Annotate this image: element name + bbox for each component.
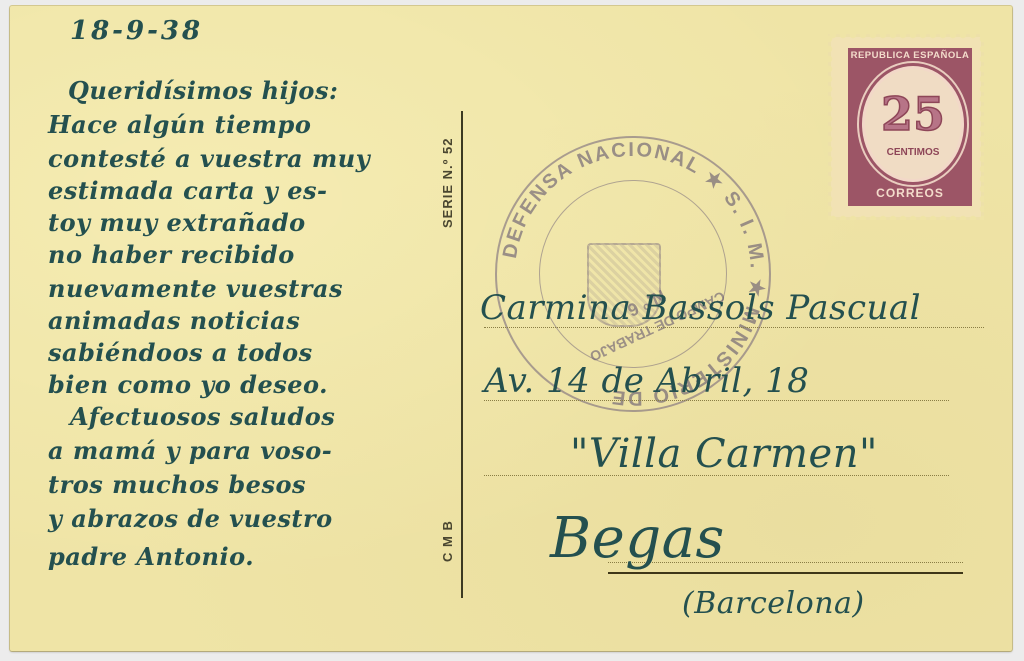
letter-line: contesté a vuestra muy <box>48 144 370 173</box>
letter-line: sabiéndoos a todos <box>48 338 313 367</box>
letter-line: Hace algún tiempo <box>48 110 311 139</box>
recipient-province: (Barcelona) <box>682 586 865 621</box>
letter-line: Queridísimos hijos: <box>68 76 338 105</box>
letter-signature: padre Antonio. <box>48 542 254 571</box>
recipient-villa: "Villa Carmen" <box>570 431 878 477</box>
letter-line: estimada carta y es- <box>48 176 327 205</box>
letter-line: nuevamente vuestras <box>48 274 343 303</box>
letter-body: Queridísimos hijos: Hace algún tiempo co… <box>48 76 458 636</box>
letter-line: y abrazos de vuestro <box>48 504 333 533</box>
letter-line: a mamá y para voso- <box>48 436 332 465</box>
letter-date: 18-9-38 <box>70 16 203 46</box>
printer-mark: C M B <box>440 520 455 562</box>
stamp-country: REPUBLICA ESPAÑOLA <box>848 50 972 61</box>
stamp-service: CORREOS <box>848 186 972 200</box>
letter-line: tros muchos besos <box>48 470 306 499</box>
postage-stamp: REPUBLICA ESPAÑOLA 25 CENTIMOS CORREOS <box>828 34 984 220</box>
address-solid-rule <box>608 572 963 574</box>
stamp-oval: 25 CENTIMOS <box>862 66 964 182</box>
letter-line: toy muy extrañado <box>48 208 306 237</box>
stamp-design: REPUBLICA ESPAÑOLA 25 CENTIMOS CORREOS <box>848 48 972 206</box>
vertical-divider <box>461 111 463 598</box>
letter-line: no haber recibido <box>48 240 295 269</box>
recipient-street: Av. 14 de Abril, 18 <box>484 361 809 401</box>
letter-line: animadas noticias <box>48 306 300 335</box>
series-label: SERIE N.º 52 <box>440 138 455 228</box>
postcard: 18-9-38 Queridísimos hijos: Hace algún t… <box>10 6 1012 651</box>
recipient-name: Carmina Bassols Pascual <box>480 288 921 328</box>
letter-line: Afectuosos saludos <box>70 402 335 431</box>
stamp-value: 25 <box>865 87 961 141</box>
stamp-unit: CENTIMOS <box>865 147 961 158</box>
recipient-town: Begas <box>550 506 725 571</box>
letter-line: bien como yo deseo. <box>48 370 328 399</box>
